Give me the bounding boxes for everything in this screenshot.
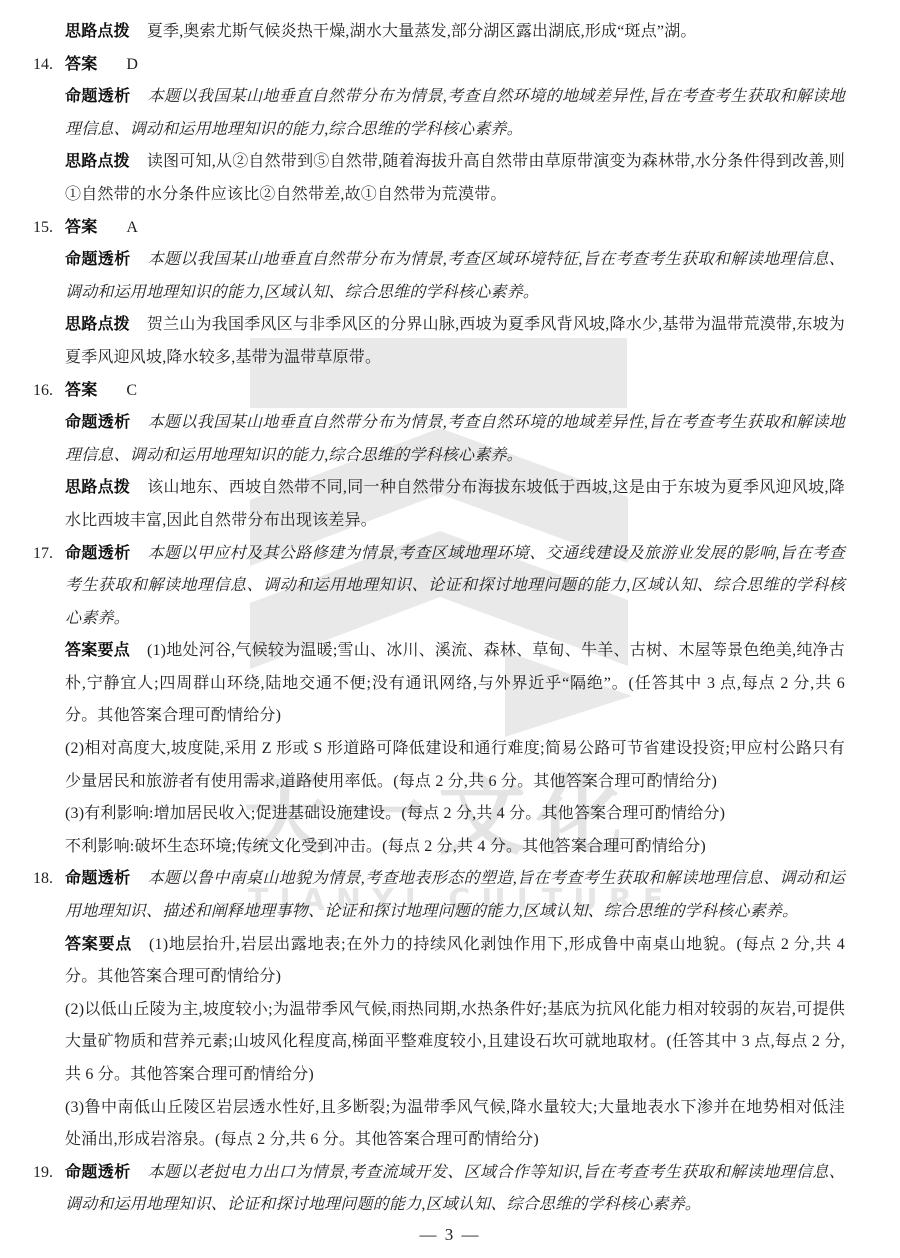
paragraph-text: 该山地东、西坡自然带不同,同一种自然带分布海拔东坡低于西坡,这是由于东坡为夏季风… (65, 479, 845, 529)
item17-key-point-2: (2)相对高度大,坡度陡,采用 Z 形或 S 形道路可降低建设和通行难度;简易公… (65, 733, 845, 798)
paragraph-text: 本题以老挝电力出口为情景,考查流域开发、区域合作等知识,旨在考查考生获取和解读地… (65, 1164, 845, 1214)
paragraph-text: 本题以鲁中南桌山地貌为情景,考查地表形态的塑造,旨在考查考生获取和解读地理信息、… (65, 870, 845, 920)
section-label-mingti: 命题透析 (65, 870, 131, 887)
paragraph-text: 本题以我国某山地垂直自然带分布为情景,考查自然环境的地域差异性,旨在考查考生获取… (65, 88, 845, 138)
item17-key-point-1: 答案要点(1)地处河谷,气候较为温暖;雪山、冰川、溪流、森林、草甸、牛羊、古树、… (65, 635, 845, 733)
question-number: 19. (33, 1157, 53, 1190)
item16-idea-tip: 思路点拨该山地东、西坡自然带不同,同一种自然带分布海拔东坡低于西坡,这是由于东坡… (65, 472, 845, 537)
paragraph-text: 本题以我国某山地垂直自然带分布为情景,考查自然环境的地域差异性,旨在考查考生获取… (65, 414, 845, 464)
item18-key-point-1: 答案要点(1)地层抬升,岩层出露地表;在外力的持续风化剥蚀作用下,形成鲁中南桌山… (65, 929, 845, 994)
paragraph-text: (2)以低山丘陵为主,坡度较小;为温带季风气候,雨热同期,水热条件好;基底为抗风… (65, 1001, 845, 1083)
paragraph-text: 夏季,奥索尤斯气候炎热干燥,湖水大量蒸发,部分湖区露出湖底,形成“斑点”湖。 (147, 23, 697, 40)
item15-answer-line: 15.答案A (65, 212, 845, 245)
paragraph-text: 本题以我国某山地垂直自然带分布为情景,考查区域环境特征,旨在考查考生获取和解读地… (65, 251, 845, 301)
section-label-mingti: 命题透析 (65, 1164, 131, 1181)
answer-letter: C (126, 382, 138, 399)
item14-answer-line: 14.答案D (65, 49, 845, 82)
item14-idea-tip: 思路点拨读图可知,从②自然带到⑤自然带,随着海拔升高自然带由草原带演变为森林带,… (65, 146, 845, 211)
page-number: — 3 — (0, 1221, 900, 1249)
section-label-mingti: 命题透析 (65, 414, 131, 431)
section-label-silu: 思路点拨 (65, 23, 130, 40)
section-label-silu: 思路点拨 (65, 153, 130, 170)
item18-key-point-3: (3)鲁中南低山丘陵区岩层透水性好,且多断裂;为温带季风气候,降水量较大;大量地… (65, 1092, 845, 1157)
paragraph-text: 贺兰山为我国季风区与非季风区的分界山脉,西坡为夏季风背风坡,降水少,基带为温带荒… (65, 316, 845, 366)
item17-analysis: 17.命题透析本题以甲应村及其公路修建为情景,考查区域地理环境、交通线建设及旅游… (65, 538, 845, 636)
paragraph-text: (3)鲁中南低山丘陵区岩层透水性好,且多断裂;为温带季风气候,降水量较大;大量地… (65, 1099, 845, 1149)
item17-key-point-3-positive: (3)有利影响:增加居民收入;促进基础设施建设。(每点 2 分,共 4 分。其他… (65, 798, 845, 831)
item15-idea-tip: 思路点拨贺兰山为我国季风区与非季风区的分界山脉,西坡为夏季风背风坡,降水少,基带… (65, 309, 845, 374)
exam-answer-page: 天一文化 TIANYI CULTURE 思路点拨夏季,奥索尤斯气候炎热干燥,湖水… (0, 0, 900, 1258)
section-label-mingti: 命题透析 (65, 88, 131, 105)
paragraph-text: 读图可知,从②自然带到⑤自然带,随着海拔升高自然带由草原带演变为森林带,水分条件… (65, 153, 845, 203)
section-label-silu: 思路点拨 (65, 316, 130, 333)
paragraph-text: 不利影响:破坏生态环境;传统文化受到冲击。(每点 2 分,共 4 分。其他答案合… (65, 838, 706, 855)
question-number: 16. (33, 375, 53, 408)
item15-analysis: 命题透析本题以我国某山地垂直自然带分布为情景,考查区域环境特征,旨在考查考生获取… (65, 244, 845, 309)
item16-answer-line: 16.答案C (65, 375, 845, 408)
item18-key-point-2: (2)以低山丘陵为主,坡度较小;为温带季风气候,雨热同期,水热条件好;基底为抗风… (65, 994, 845, 1092)
section-label-keypoints: 答案要点 (65, 642, 130, 659)
paragraph-text: (1)地处河谷,气候较为温暖;雪山、冰川、溪流、森林、草甸、牛羊、古树、木屋等景… (65, 642, 845, 724)
item17-key-point-3-negative: 不利影响:破坏生态环境;传统文化受到冲击。(每点 2 分,共 4 分。其他答案合… (65, 831, 845, 864)
paragraph-text: (2)相对高度大,坡度陡,采用 Z 形或 S 形道路可降低建设和通行难度;简易公… (65, 740, 845, 790)
document-body: 思路点拨夏季,奥索尤斯气候炎热干燥,湖水大量蒸发,部分湖区露出湖底,形成“斑点”… (0, 0, 900, 1222)
item13-idea-tip: 思路点拨夏季,奥索尤斯气候炎热干燥,湖水大量蒸发,部分湖区露出湖底,形成“斑点”… (65, 16, 845, 49)
section-label-answer: 答案 (65, 56, 97, 73)
section-label-mingti: 命题透析 (65, 545, 131, 562)
section-label-keypoints: 答案要点 (65, 936, 132, 953)
question-number: 15. (33, 212, 53, 245)
question-number: 18. (33, 863, 53, 896)
paragraph-text: (1)地层抬升,岩层出露地表;在外力的持续风化剥蚀作用下,形成鲁中南桌山地貌。(… (65, 936, 845, 986)
question-number: 14. (33, 49, 53, 82)
item19-analysis: 19.命题透析本题以老挝电力出口为情景,考查流域开发、区域合作等知识,旨在考查考… (65, 1157, 845, 1222)
section-label-mingti: 命题透析 (65, 251, 131, 268)
item18-analysis: 18.命题透析本题以鲁中南桌山地貌为情景,考查地表形态的塑造,旨在考查考生获取和… (65, 863, 845, 928)
section-label-answer: 答案 (65, 219, 97, 236)
section-label-silu: 思路点拨 (65, 479, 130, 496)
section-label-answer: 答案 (65, 382, 97, 399)
question-number: 17. (33, 538, 53, 571)
paragraph-text: 本题以甲应村及其公路修建为情景,考查区域地理环境、交通线建设及旅游业发展的影响,… (65, 545, 845, 627)
item16-analysis: 命题透析本题以我国某山地垂直自然带分布为情景,考查自然环境的地域差异性,旨在考查… (65, 407, 845, 472)
item14-analysis: 命题透析本题以我国某山地垂直自然带分布为情景,考查自然环境的地域差异性,旨在考查… (65, 81, 845, 146)
answer-letter: D (126, 56, 139, 73)
answer-letter: A (126, 219, 139, 236)
paragraph-text: (3)有利影响:增加居民收入;促进基础设施建设。(每点 2 分,共 4 分。其他… (65, 805, 725, 822)
